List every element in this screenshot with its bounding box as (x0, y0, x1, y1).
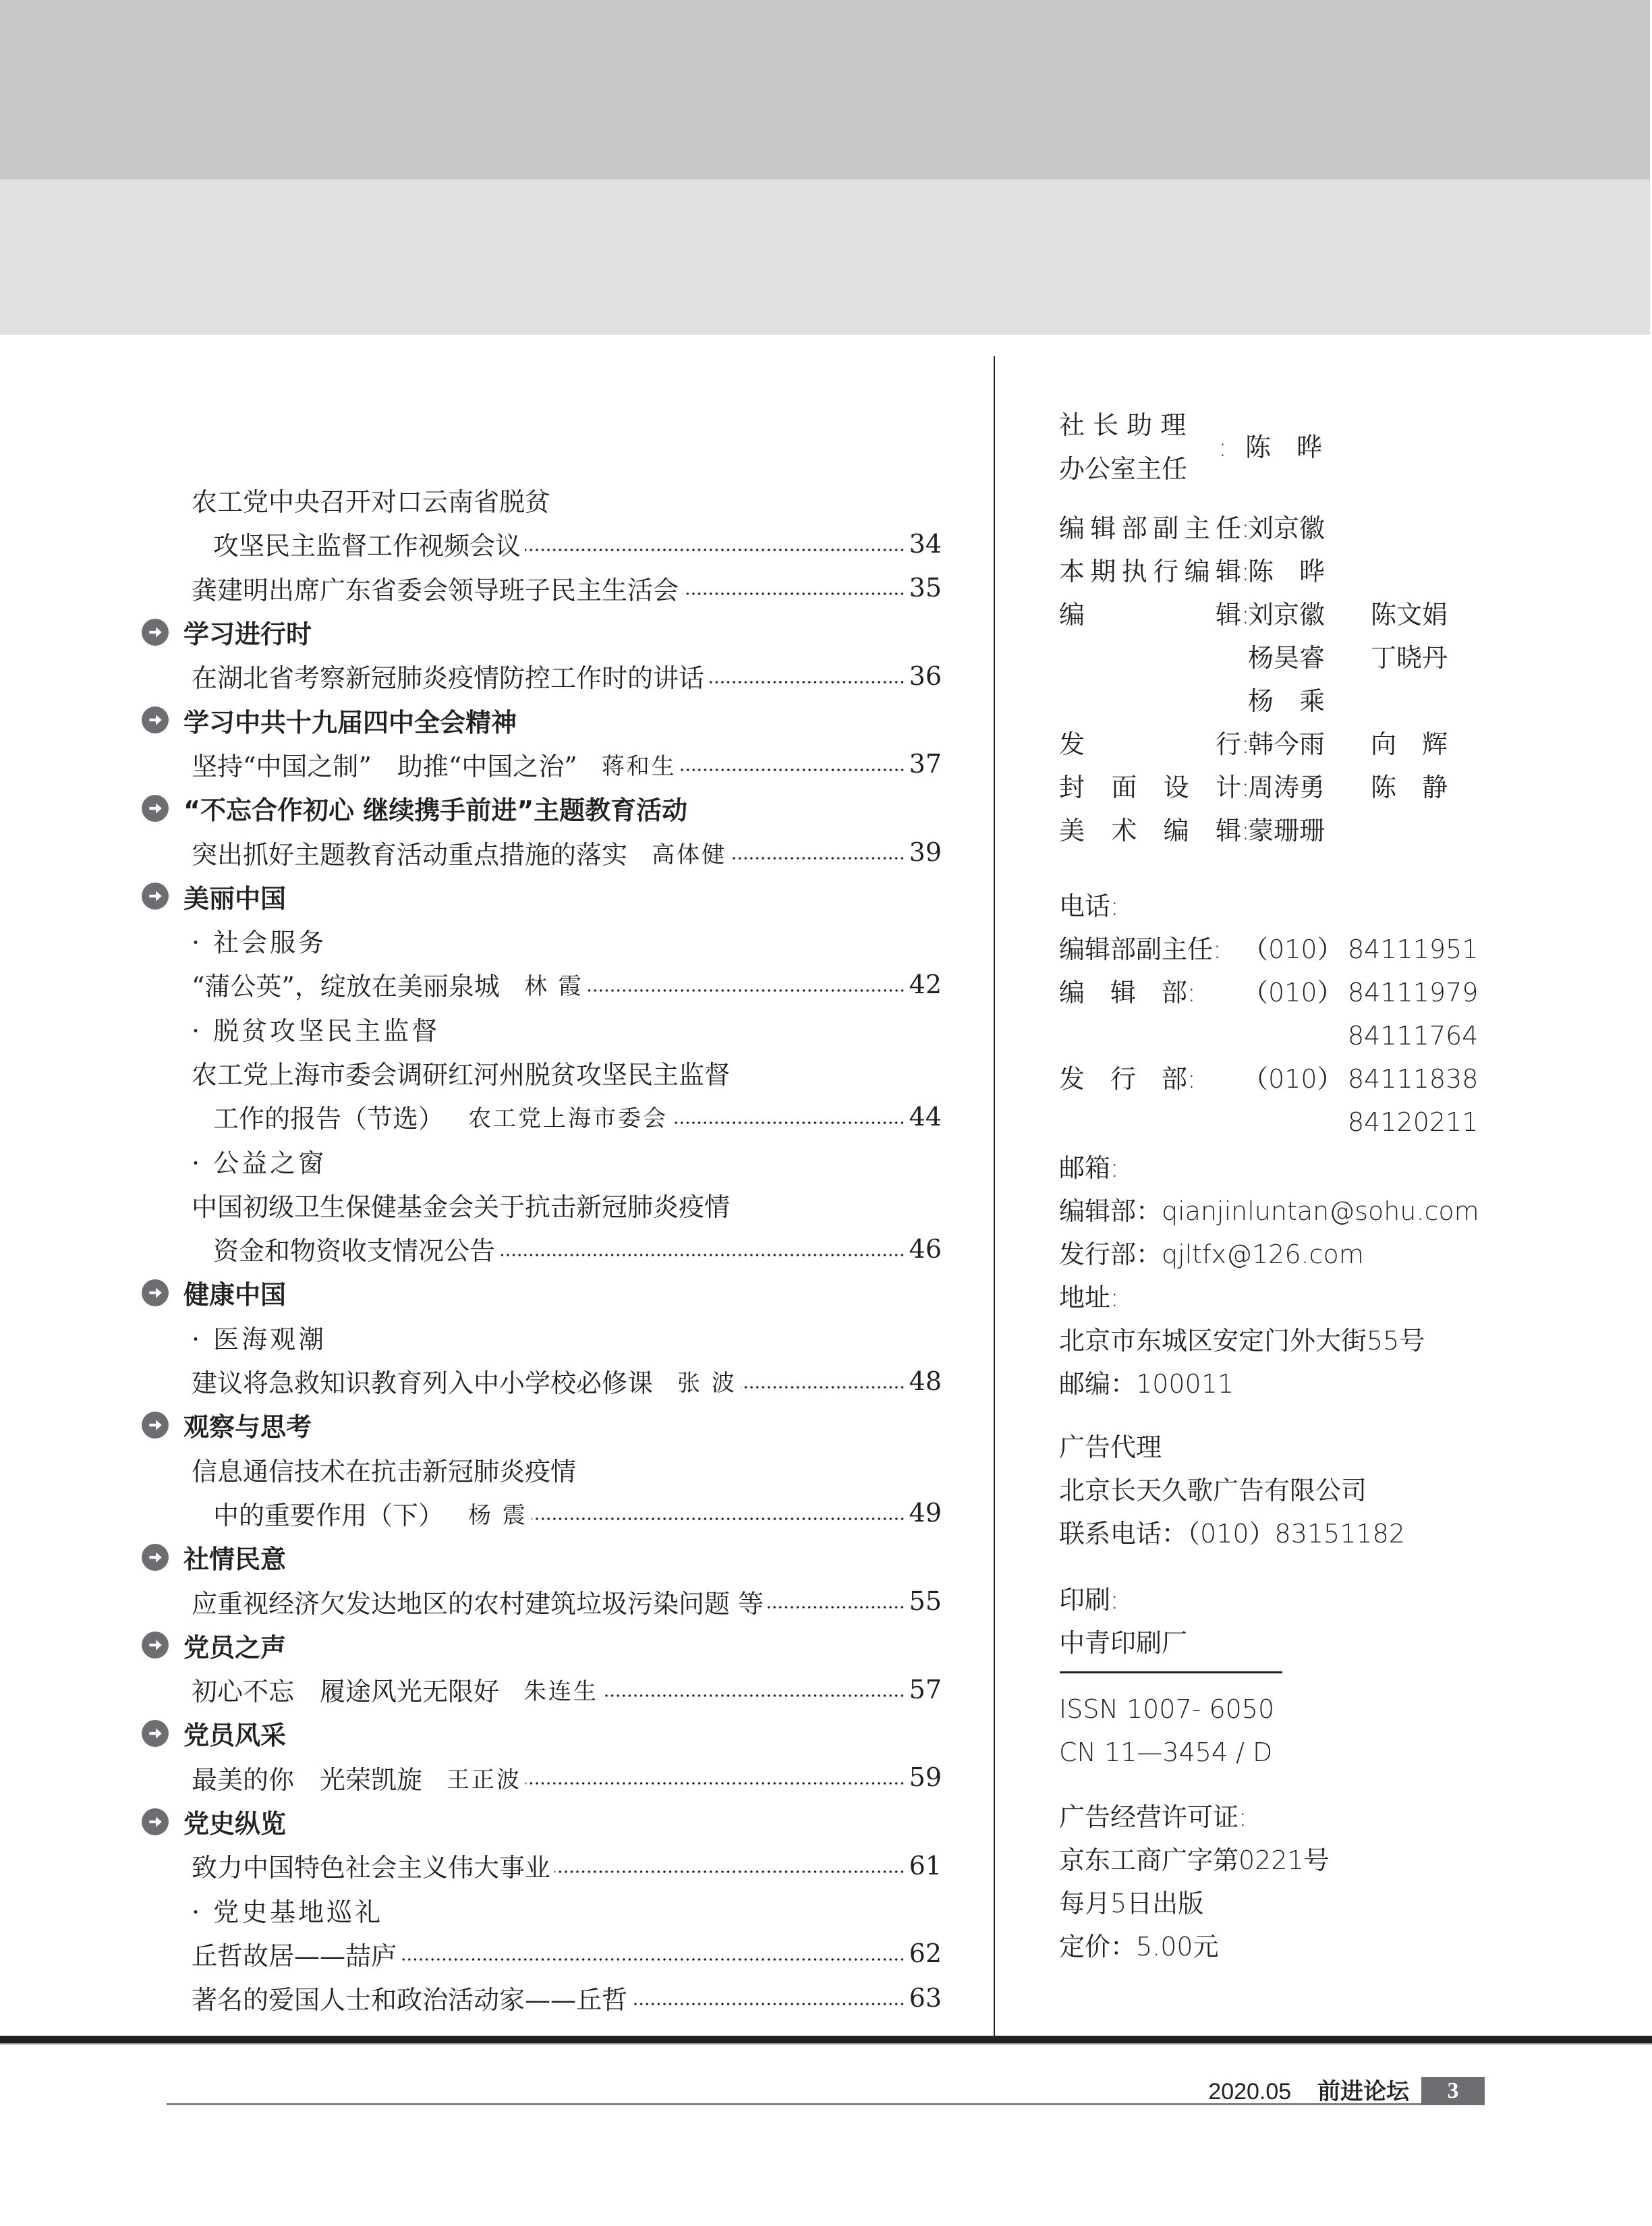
email-distribution: 发行部：qjltfx@126.com (1059, 1237, 1364, 1271)
dot-leader (741, 1386, 905, 1389)
subsection-title: · 医海观潮 (142, 1318, 326, 1356)
entry-title: 农工党中央召开对口云南省脱贫 (142, 481, 550, 518)
dot-leader (768, 1606, 905, 1609)
subsection-title: · 公益之窗 (142, 1142, 326, 1179)
toc-entry[interactable]: 著名的爱国人士和政治活动家——丘哲63 (142, 1976, 942, 2020)
masthead-label: 社 长 助 理 (1059, 408, 1186, 442)
toc-subsection: · 社会服务 (142, 918, 942, 962)
dot-leader (731, 857, 905, 860)
toc-entry-continued[interactable]: 中的重要作用（下）杨 震49 (142, 1491, 942, 1535)
dot-leader (401, 1958, 905, 1961)
entry-title: 致力中国特色社会主义伟大事业 (142, 1847, 550, 1884)
entry-author: 林 霞 (524, 968, 583, 1001)
toc-entry[interactable]: 突出抓好主题教育活动重点措施的落实高体健39 (142, 830, 942, 874)
entry-page-number: 44 (909, 1102, 942, 1132)
phone-label: 编辑部副主任: (1059, 935, 1222, 964)
entry-page-number: 62 (909, 1939, 942, 1968)
dot-leader (672, 1121, 905, 1124)
subsection-title: · 脱贫攻坚民主监督 (142, 1010, 440, 1047)
toc-entry: 信息通信技术在抗击新冠肺炎疫情 (142, 1447, 942, 1491)
staff-name: 周涛勇 (1248, 771, 1325, 804)
entry-page-number: 42 (909, 970, 942, 999)
section-title: 美丽中国 (183, 878, 286, 915)
toc-entry[interactable]: 坚持“中国之制” 助推“中国之治”蒋和生37 (142, 742, 942, 786)
phone-number: 84111764 (1348, 1019, 1478, 1053)
toc-entry[interactable]: 初心不忘 履途风光无限好朱连生57 (142, 1667, 942, 1711)
arrow-right-circle-icon (142, 1632, 169, 1659)
entry-author: 朱连生 (523, 1673, 598, 1706)
entry-author: 王正波 (447, 1761, 521, 1794)
entry-title: 在湖北省考察新冠肺炎疫情防控工作时的讲话 (142, 657, 704, 694)
entry-title: 攻坚民主监督工作视频会议 (142, 525, 521, 562)
staff-role: 封面设计 (1059, 771, 1241, 804)
table-of-contents: 农工党中央召开对口云南省脱贫攻坚民主监督工作视频会议34龚建明出席广东省委会领导… (142, 478, 942, 2020)
subsection-title: · 社会服务 (142, 922, 326, 959)
phone-area-code: （010） (1243, 976, 1343, 1009)
section-title: 党员之声 (183, 1627, 286, 1664)
entry-page-number: 49 (909, 1498, 942, 1528)
issn: ISSN 1007- 6050 (1059, 1692, 1274, 1726)
section-title: 社情民意 (183, 1538, 286, 1576)
toc-subsection: · 公益之窗 (142, 1138, 942, 1182)
license-title: 广告经营许可证: (1059, 1800, 1247, 1834)
section-title: 学习进行时 (183, 613, 312, 650)
phone-row: 发 行 部:（010）84111838 (1059, 1062, 1612, 1096)
footer-bar-underline (0, 2043, 1652, 2044)
toc-section-heading: 美丽中国 (142, 874, 942, 918)
price: 定价：5.00元 (1059, 1930, 1219, 1964)
header-band-light (0, 179, 1650, 335)
section-title: 党史纵览 (183, 1803, 286, 1840)
phone-title: 电话: (1059, 889, 1119, 923)
email-title: 邮箱: (1059, 1151, 1119, 1185)
toc-entry: 农工党中央召开对口云南省脱贫 (142, 478, 942, 522)
dot-leader (631, 2003, 905, 2005)
entry-title: 中的重要作用（下） (142, 1495, 444, 1532)
masthead-value: 陈 晔 (1245, 430, 1322, 464)
entry-title: 建议将急救知识教育列入中小学校必修课 (142, 1362, 653, 1399)
toc-entry[interactable]: 建议将急救知识教育列入中小学校必修课张 波48 (142, 1359, 942, 1403)
toc-entry: 农工党上海市委会调研红河州脱贫攻坚民主监督 (142, 1051, 942, 1094)
entry-author: 张 波 (677, 1364, 737, 1397)
entry-title: 中国初级卫生保健基金会关于抗击新冠肺炎疫情 (142, 1186, 730, 1223)
staff-role: 编辑 (1059, 598, 1241, 632)
dot-leader (588, 989, 905, 992)
masthead-label: 办公室主任 (1059, 452, 1187, 486)
entry-title: 初心不忘 履途风光无限好 (142, 1671, 499, 1708)
entry-title: 最美的你 光荣凯旋 (142, 1759, 422, 1796)
toc-section-heading: 学习进行时 (142, 610, 942, 654)
phone-area-code: （010） (1243, 933, 1343, 966)
toc-entry[interactable]: 在湖北省考察新冠肺炎疫情防控工作时的讲话36 (142, 654, 942, 698)
phone-number: 84120211 (1348, 1105, 1478, 1139)
staff-name-2: 陈文娟 (1371, 598, 1448, 632)
toc-section-heading: 社情民意 (142, 1535, 942, 1579)
toc-section-heading: 党员风采 (142, 1711, 942, 1755)
staff-row: 编辑部副主任:刘京徽 (1059, 511, 1612, 545)
address: 北京市东城区安定门外大街55号 (1059, 1324, 1425, 1358)
staff-row: 本期执行编辑:陈 晔 (1059, 555, 1612, 588)
dot-leader (681, 769, 905, 771)
staff-row: 杨昊睿丁晓丹 (1059, 641, 1612, 675)
phone-number: 84111838 (1348, 1062, 1478, 1096)
phone-area-code: （010） (1243, 1062, 1343, 1096)
entry-page-number: 34 (909, 529, 942, 559)
issue-date: 2020.05 (1208, 2079, 1291, 2105)
staff-name-2: 陈 静 (1371, 771, 1448, 804)
toc-entry-continued[interactable]: 工作的报告（节选）农工党上海市委会44 (142, 1094, 942, 1138)
entry-page-number: 48 (909, 1366, 942, 1396)
staff-role: 发行 (1059, 727, 1241, 761)
ad-phone: 联系电话：（010）83151182 (1059, 1517, 1405, 1551)
entry-page-number: 39 (909, 837, 942, 867)
entry-author: 高体健 (652, 836, 727, 869)
toc-entry[interactable]: 致力中国特色社会主义伟大事业61 (142, 1843, 942, 1887)
toc-entry[interactable]: 应重视经济欠发达地区的农村建筑垃圾污染问题 等55 (142, 1579, 942, 1623)
dot-leader (499, 1254, 905, 1256)
dot-leader (708, 681, 905, 684)
toc-entry[interactable]: “蒲公英”，绽放在美丽泉城林 霞42 (142, 962, 942, 1006)
entry-page-number: 37 (909, 749, 942, 779)
entry-title: 丘哲故居——喆庐 (142, 1935, 397, 1972)
staff-row: 美术编辑:蒙珊珊 (1059, 814, 1612, 847)
staff-role: 美术编辑 (1059, 814, 1241, 847)
cn-number: CN 11—3454 / D (1059, 1735, 1272, 1769)
entry-title: 资金和物资收支情况公告 (142, 1230, 495, 1267)
arrow-right-circle-icon (142, 619, 169, 646)
entry-page-number: 63 (909, 1983, 942, 2013)
toc-section-heading: 观察与思考 (142, 1403, 942, 1447)
entry-page-number: 55 (909, 1586, 942, 1616)
arrow-right-circle-icon (142, 1412, 169, 1439)
arrow-right-circle-icon (142, 1544, 169, 1571)
staff-name: 杨 乘 (1248, 684, 1325, 718)
phone-label: 编 辑 部: (1059, 978, 1196, 1007)
printing-title: 印刷: (1059, 1583, 1119, 1617)
header-band-dark (0, 0, 1650, 179)
toc-section-heading: 学习中共十九届四中全会精神 (142, 698, 942, 742)
section-title: 健康中国 (183, 1274, 286, 1311)
subsection-title: · 党史基地巡礼 (142, 1891, 383, 1928)
entry-page-number: 57 (909, 1675, 942, 1704)
staff-name: 杨昊睿 (1248, 641, 1325, 675)
staff-name-2: 丁晓丹 (1371, 641, 1448, 675)
arrow-right-circle-icon (142, 883, 169, 910)
dot-leader (683, 592, 905, 595)
email-editorial: 编辑部：qianjinluntan@sohu.com (1059, 1194, 1479, 1228)
staff-row: 发行:韩今雨向 辉 (1059, 727, 1612, 761)
toc-entry[interactable]: 最美的你 光荣凯旋王正波59 (142, 1756, 942, 1800)
toc-entry[interactable]: 龚建明出席广东省委会领导班子民主生活会35 (142, 566, 942, 610)
ad-agent-title: 广告代理 (1059, 1430, 1162, 1464)
phone-label: 发 行 部: (1059, 1064, 1196, 1094)
entry-author: 农工党上海市委会 (468, 1100, 668, 1133)
footer-bar (0, 2036, 1652, 2043)
toc-entry-continued[interactable]: 攻坚民主监督工作视频会议34 (142, 522, 942, 565)
arrow-right-circle-icon (142, 1720, 169, 1747)
column-divider (994, 356, 995, 2036)
arrow-right-circle-icon (142, 795, 169, 822)
entry-title: 坚持“中国之制” 助推“中国之治” (142, 746, 577, 783)
entry-title: 工作的报告（节选） (142, 1098, 444, 1135)
toc-entry: 中国初级卫生保健基金会关于抗击新冠肺炎疫情 (142, 1183, 942, 1227)
phone-row: 84111764 (1059, 1019, 1612, 1053)
staff-row: 杨 乘 (1059, 684, 1612, 718)
staff-name: 韩今雨 (1248, 727, 1325, 761)
staff-name: 刘京徽 (1248, 511, 1325, 545)
entry-author: 蒋和生 (602, 748, 677, 781)
ad-agent: 北京长天久歌广告有限公司 (1059, 1474, 1367, 1507)
dot-leader (554, 1870, 905, 1873)
footer-running-head: 2020.05 前进论坛 (1208, 2073, 1409, 2106)
arrow-right-circle-icon (142, 1808, 169, 1835)
staff-row: 编辑:刘京徽陈文娟 (1059, 598, 1612, 632)
phone-row: 84120211 (1059, 1105, 1612, 1139)
entry-page-number: 46 (909, 1234, 942, 1264)
phone-number: 84111979 (1348, 976, 1478, 1009)
entry-title: 突出抓好主题教育活动重点措施的落实 (142, 834, 627, 871)
postcode: 邮编：100011 (1059, 1367, 1234, 1401)
staff-name-2: 向 辉 (1371, 727, 1448, 761)
toc-entry[interactable]: 丘哲故居——喆庐62 (142, 1932, 942, 1976)
toc-subsection: · 党史基地巡礼 (142, 1888, 942, 1932)
entry-title: 应重视经济欠发达地区的农村建筑垃圾污染问题 等 (142, 1583, 764, 1620)
section-title: “不忘合作初心 继续携手前进”主题教育活动 (183, 789, 687, 827)
schedule: 每月5日出版 (1059, 1887, 1203, 1920)
section-title: 学习中共十九届四中全会精神 (183, 702, 517, 739)
masthead-colon: : (1218, 430, 1227, 464)
toc-section-heading: 健康中国 (142, 1271, 942, 1314)
staff-name: 蒙珊珊 (1248, 814, 1325, 847)
entry-page-number: 36 (909, 661, 942, 691)
entry-title: 农工党上海市委会调研红河州脱贫攻坚民主监督 (142, 1054, 730, 1091)
toc-subsection: · 医海观潮 (142, 1315, 942, 1359)
entry-page-number: 61 (909, 1851, 942, 1881)
entry-title: 龚建明出席广东省委会领导班子民主生活会 (142, 569, 679, 607)
entry-title: “蒲公英”，绽放在美丽泉城 (142, 966, 500, 1003)
toc-subsection: · 脱贫攻坚民主监督 (142, 1007, 942, 1051)
staff-row: 封面设计:周涛勇陈 静 (1059, 771, 1612, 804)
staff-name: 陈 晔 (1248, 555, 1325, 588)
entry-title: 信息通信技术在抗击新冠肺炎疫情 (142, 1451, 576, 1488)
entry-author: 杨 震 (468, 1497, 528, 1530)
dot-leader (602, 1694, 905, 1697)
section-title: 党员风采 (183, 1715, 286, 1752)
phone-row: 编 辑 部:（010）84111979 (1059, 976, 1612, 1009)
printer: 中青印刷厂 (1059, 1626, 1187, 1660)
toc-section-heading: “不忘合作初心 继续携手前进”主题教育活动 (142, 786, 942, 830)
toc-section-heading: 党史纵览 (142, 1800, 942, 1843)
arrow-right-circle-icon (142, 1279, 169, 1306)
entry-page-number: 35 (909, 573, 942, 603)
entry-title: 著名的爱国人士和政治活动家——丘哲 (142, 1979, 627, 2016)
staff-name: 刘京徽 (1248, 598, 1325, 632)
staff-role: 本期执行编辑 (1059, 555, 1241, 588)
phone-row: 编辑部副主任:（010）84111951 (1059, 933, 1612, 966)
page-number: 3 (1421, 2077, 1485, 2105)
dot-leader (525, 1782, 905, 1785)
staff-role: 编辑部副主任 (1059, 511, 1241, 545)
divider-rule (1060, 1671, 1282, 1673)
magazine-title: 前进论坛 (1317, 2078, 1409, 2105)
address-title: 地址: (1059, 1281, 1119, 1314)
phone-number: 84111951 (1348, 933, 1478, 966)
toc-section-heading: 党员之声 (142, 1623, 942, 1667)
arrow-right-circle-icon (142, 706, 169, 733)
dot-leader (525, 549, 905, 551)
toc-entry-continued[interactable]: 资金和物资收支情况公告46 (142, 1227, 942, 1271)
section-title: 观察与思考 (183, 1406, 312, 1443)
dot-leader (532, 1518, 905, 1520)
entry-page-number: 59 (909, 1762, 942, 1792)
license: 京东工商广字第0221号 (1059, 1843, 1330, 1877)
